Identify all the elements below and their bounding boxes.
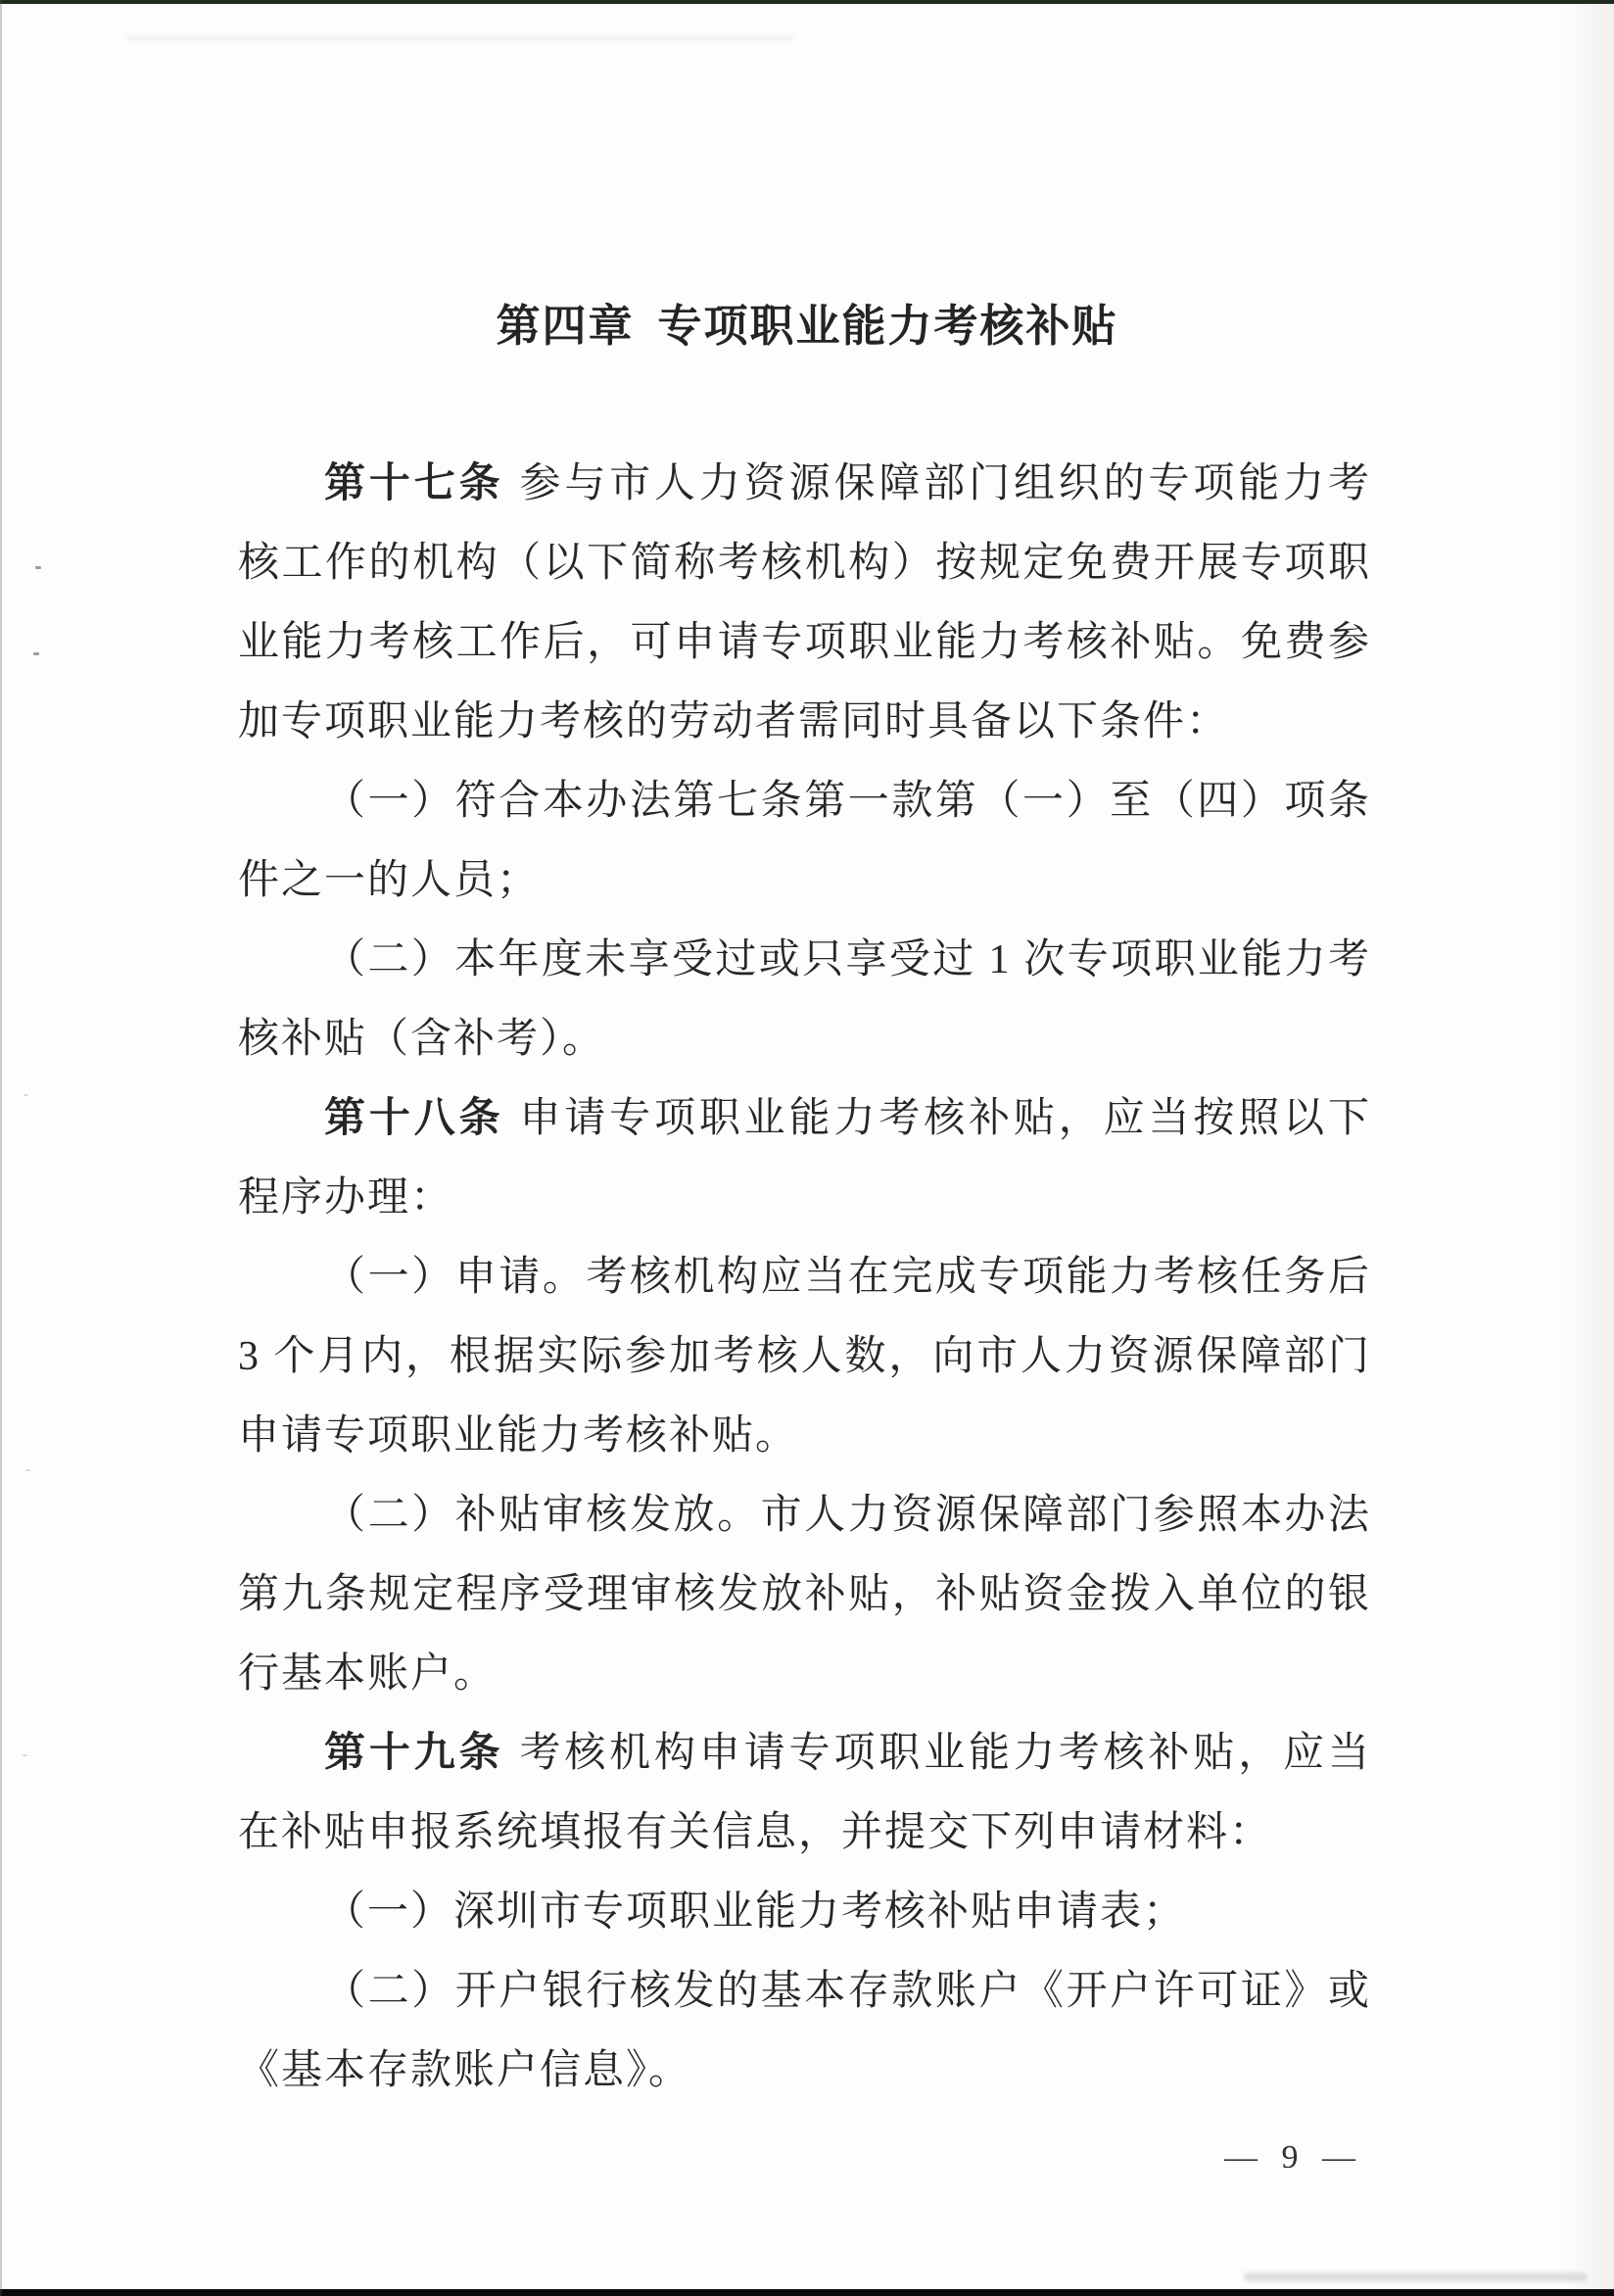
line-text: 申请专项职业能力考核补贴，应当按照以下 <box>519 1096 1371 1141</box>
text-line: 核工作的机构（以下简称考核机构）按规定免费开展专项职 <box>238 524 1371 603</box>
line-text: （一）申请。考核机构应当在完成专项能力考核任务后 <box>324 1255 1371 1300</box>
line-text: 考核机构申请专项职业能力考核补贴，应当 <box>519 1731 1371 1776</box>
page-number: — 9 — <box>1224 2139 1363 2176</box>
text-line: 加专项职业能力考核的劳动者需同时具备以下条件： <box>238 683 1371 762</box>
line-text: （一）深圳市专项职业能力考核补贴申请表； <box>324 1889 1186 1935</box>
article-heading: 第十八条 <box>324 1096 503 1141</box>
text-line: 件之一的人员； <box>238 841 1371 921</box>
text-line: 3 个月内，根据实际参加考核人数，向市人力资源保障部门 <box>238 1317 1371 1397</box>
text-line: （一）申请。考核机构应当在完成专项能力考核任务后 <box>238 1238 1371 1317</box>
text-line: 程序办理： <box>238 1159 1371 1238</box>
chapter-title: 第四章专项职业能力考核补贴 <box>0 290 1614 354</box>
scan-speck <box>35 566 41 569</box>
line-text: 加专项职业能力考核的劳动者需同时具备以下条件： <box>238 699 1229 744</box>
text-line: 第十七条参与市人力资源保障部门组织的专项能力考 <box>238 445 1371 524</box>
line-text: 程序办理： <box>238 1175 453 1220</box>
scan-speck <box>23 1754 27 1756</box>
scan-speck <box>33 652 39 655</box>
line-text: 3 个月内，根据实际参加考核人数，向市人力资源保障部门 <box>238 1334 1371 1379</box>
line-text: 核补贴（含补考）。 <box>238 1017 605 1062</box>
line-text: 申请专项职业能力考核补贴。 <box>238 1413 798 1459</box>
text-line: 核补贴（含补考）。 <box>238 1000 1371 1079</box>
text-line: 在补贴申报系统填报有关信息，并提交下列申请材料： <box>238 1794 1371 1873</box>
scan-speck <box>25 1469 30 1471</box>
document-page: 第四章专项职业能力考核补贴 第十七条参与市人力资源保障部门组织的专项能力考 核工… <box>0 0 1614 2296</box>
chapter-number: 第四章 <box>496 302 634 351</box>
line-text: （二）本年度未享受过或只享受过 1 次专项职业能力考 <box>324 937 1371 982</box>
scan-smudge <box>127 35 793 41</box>
text-line: （二）补贴审核发放。市人力资源保障部门参照本办法 <box>238 1476 1371 1555</box>
text-line: （一）符合本办法第七条第一款第（一）至（四）项条 <box>238 762 1371 841</box>
line-text: 行基本账户。 <box>238 1651 497 1697</box>
article-heading: 第十九条 <box>324 1731 503 1776</box>
line-text: 核工作的机构（以下简称考核机构）按规定免费开展专项职 <box>238 541 1371 586</box>
chapter-name: 专项职业能力考核补贴 <box>658 302 1118 351</box>
line-text: 在补贴申报系统填报有关信息，并提交下列申请材料： <box>238 1810 1272 1855</box>
text-line: 第九条规定程序受理审核发放补贴，补贴资金拨入单位的银 <box>238 1555 1371 1635</box>
scan-smudge <box>1244 2272 1587 2281</box>
line-text: 参与市人力资源保障部门组织的专项能力考 <box>519 461 1371 506</box>
line-text: （一）符合本办法第七条第一款第（一）至（四）项条 <box>324 779 1371 824</box>
scan-top-edge <box>0 0 1614 4</box>
line-text: （二）开户银行核发的基本存款账户《开户许可证》或 <box>324 1969 1371 2014</box>
scan-bottom-edge <box>0 2289 1614 2296</box>
line-text: 《基本存款账户信息》。 <box>238 2048 691 2093</box>
text-line: 《基本存款账户信息》。 <box>238 2032 1371 2111</box>
article-heading: 第十七条 <box>324 461 503 506</box>
line-text: （二）补贴审核发放。市人力资源保障部门参照本办法 <box>324 1493 1371 1538</box>
scan-speck <box>24 1094 28 1096</box>
text-line: 行基本账户。 <box>238 1635 1371 1714</box>
text-line: （一）深圳市专项职业能力考核补贴申请表； <box>238 1873 1371 1952</box>
line-text: 业能力考核工作后，可申请专项职业能力考核补贴。免费参 <box>238 620 1371 665</box>
text-line: 申请专项职业能力考核补贴。 <box>238 1397 1371 1476</box>
text-line: 第十九条考核机构申请专项职业能力考核补贴，应当 <box>238 1714 1371 1794</box>
text-line: 业能力考核工作后，可申请专项职业能力考核补贴。免费参 <box>238 603 1371 683</box>
text-line: （二）开户银行核发的基本存款账户《开户许可证》或 <box>238 1952 1371 2032</box>
line-text: 件之一的人员； <box>238 858 540 903</box>
text-line: （二）本年度未享受过或只享受过 1 次专项职业能力考 <box>238 921 1371 1000</box>
document-body: 第十七条参与市人力资源保障部门组织的专项能力考 核工作的机构（以下简称考核机构）… <box>238 445 1371 2111</box>
text-line: 第十八条申请专项职业能力考核补贴，应当按照以下 <box>238 1079 1371 1159</box>
line-text: 第九条规定程序受理审核发放补贴，补贴资金拨入单位的银 <box>238 1572 1371 1617</box>
